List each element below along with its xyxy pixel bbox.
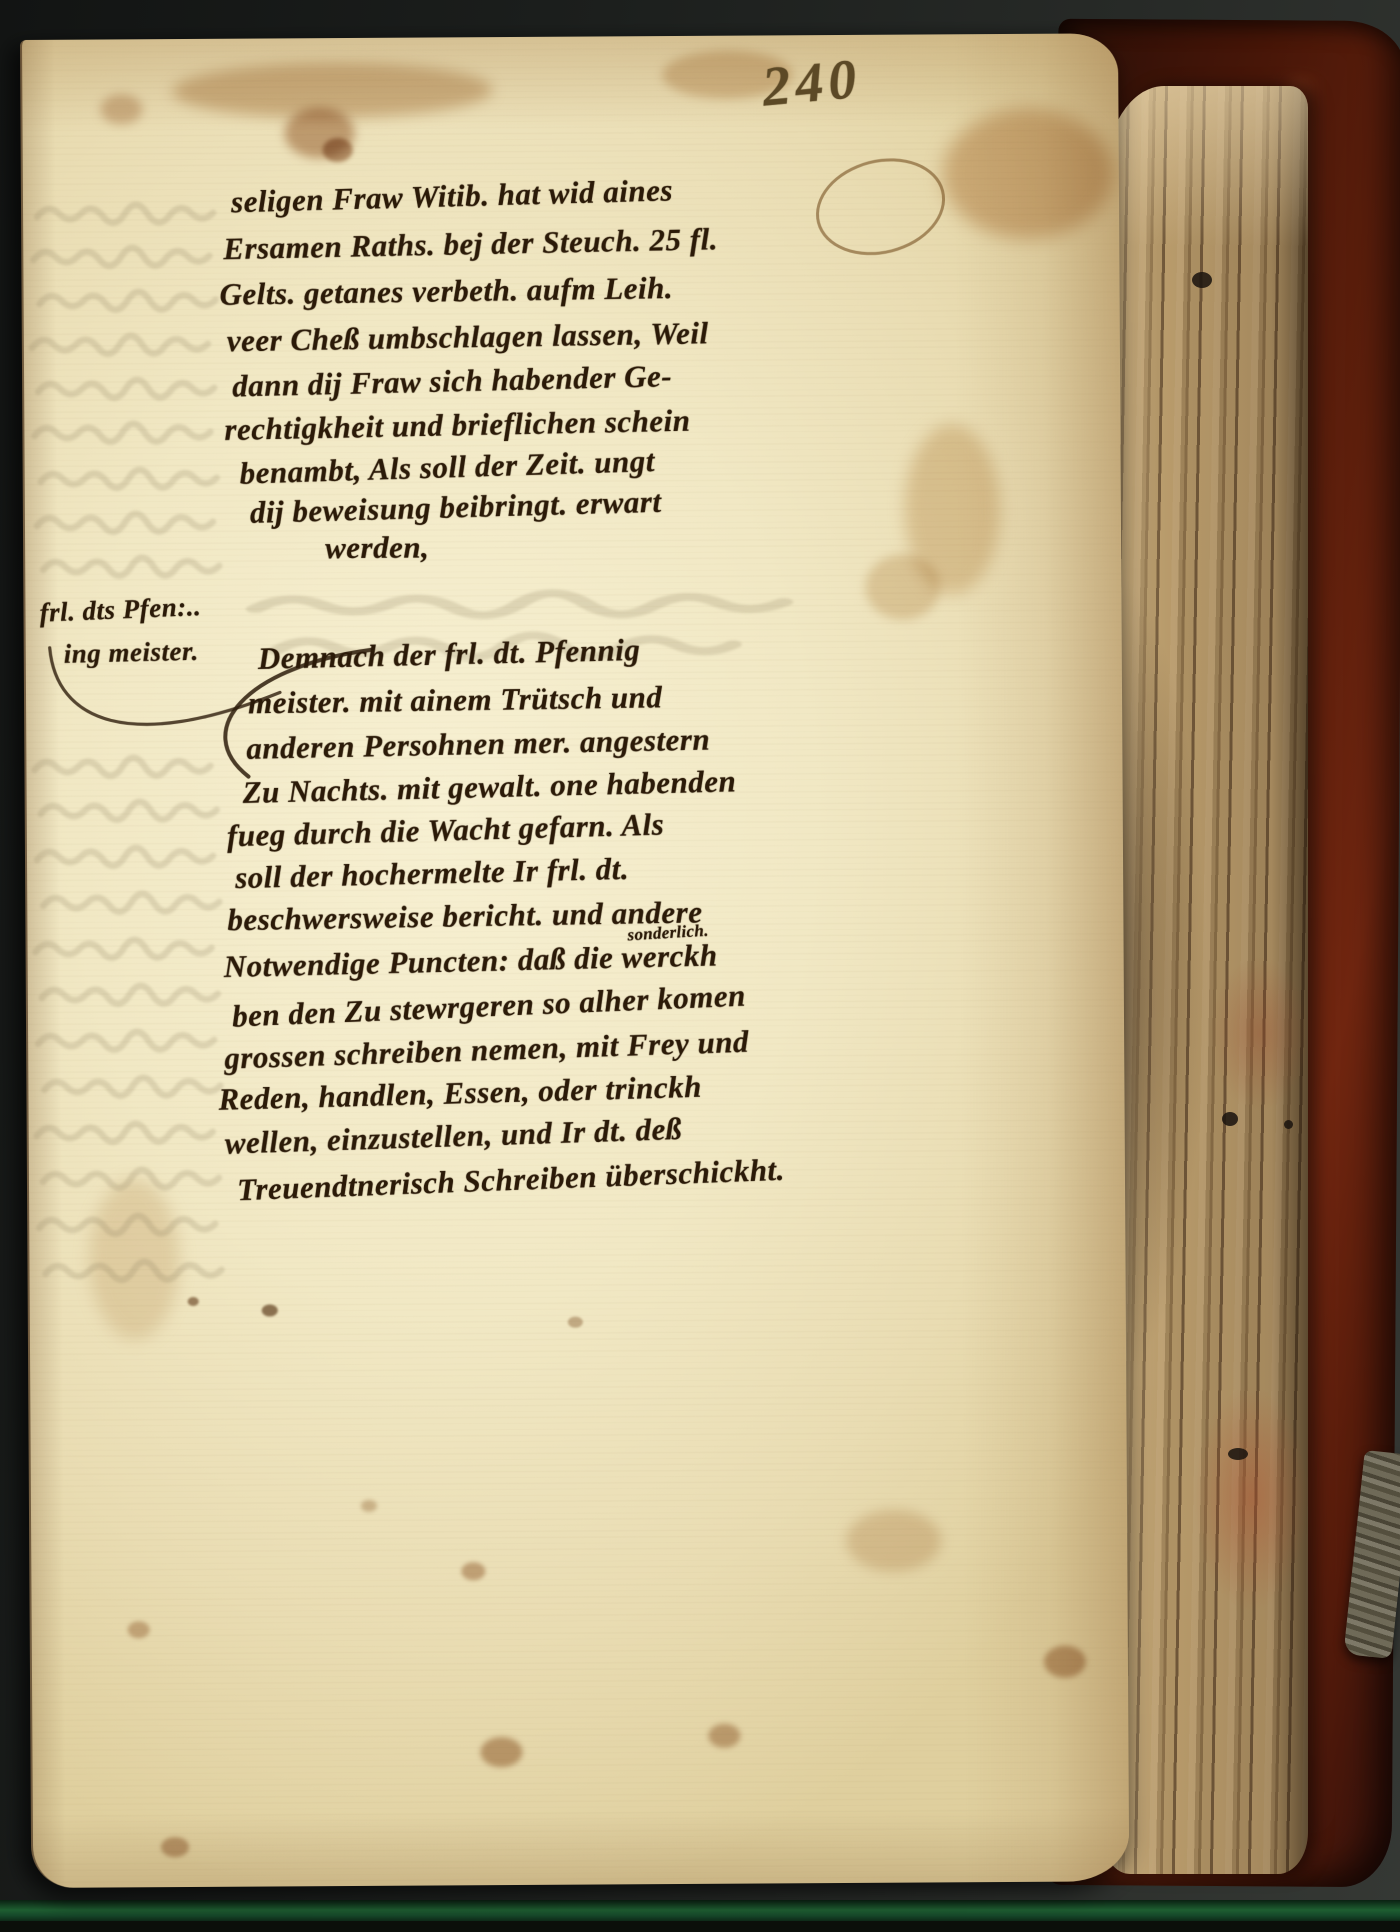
manuscript-line: veer Cheß umbschlagen lassen, Weil bbox=[227, 316, 709, 358]
stain bbox=[361, 1500, 377, 1512]
manuscript-scan: 240 seligen Fraw Witib. hat wid aines Er… bbox=[0, 0, 1400, 1932]
stain bbox=[262, 1304, 278, 1316]
pen-flourish-oval bbox=[805, 145, 955, 269]
ink-speck bbox=[1222, 1112, 1238, 1126]
folio-number: 240 bbox=[760, 51, 864, 116]
stain bbox=[89, 1179, 180, 1340]
stain bbox=[188, 1297, 199, 1306]
book-fore-edge bbox=[1104, 86, 1308, 1874]
margin-note-line: ing meister. bbox=[63, 637, 199, 670]
manuscript-line: Reden, handlen, Essen, oder trinckh bbox=[218, 1070, 702, 1117]
manuscript-line: anderen Persohnen mer. angestern bbox=[246, 723, 710, 766]
manuscript-line: soll der hochermelte Ir frl. dt. bbox=[235, 852, 630, 895]
stain bbox=[1044, 1646, 1086, 1678]
manuscript-line: rechtigkheit und brieflichen schein bbox=[224, 404, 691, 447]
manuscript-line: grossen schreiben nemen, mit Frey und bbox=[224, 1025, 750, 1076]
stain bbox=[942, 108, 1113, 239]
margin-note-line: frl. dts Pfen:.. bbox=[39, 592, 202, 628]
stain bbox=[846, 1509, 941, 1572]
stain bbox=[161, 1837, 189, 1857]
manuscript-line: seligen Fraw Witib. hat wid aines bbox=[231, 173, 674, 219]
manuscript-line: wellen, einzustellen, und Ir dt. deß bbox=[224, 1112, 682, 1161]
stain bbox=[480, 1737, 522, 1767]
stain bbox=[128, 1621, 150, 1638]
manuscript-line: dann dij Fraw sich habender Ge- bbox=[232, 359, 673, 403]
manuscript-line: Gelts. getanes verbeth. aufm Leih. bbox=[219, 271, 673, 312]
table-edge-stripe bbox=[0, 1900, 1400, 1922]
manuscript-line: dij beweisung beibringt. erwart bbox=[249, 485, 661, 530]
stain bbox=[100, 94, 142, 124]
manuscript-line: Zu Nachts. mit gewalt. one habenden bbox=[242, 764, 736, 810]
stain bbox=[568, 1317, 583, 1328]
ink-speck bbox=[1228, 1448, 1248, 1460]
manuscript-page: 240 seligen Fraw Witib. hat wid aines Er… bbox=[20, 33, 1129, 1888]
manuscript-line: Demnach der frl. dt. Pfennig bbox=[257, 633, 640, 676]
manuscript-line: benambt, Als soll der Zeit. ungt bbox=[239, 444, 655, 491]
ink-speck bbox=[1284, 1120, 1293, 1129]
manuscript-line: Ersamen Raths. bej der Steuch. 25 fl. bbox=[223, 222, 718, 266]
stain bbox=[323, 138, 353, 162]
manuscript-line: Notwendige Puncten: daß die werckh bbox=[223, 938, 718, 984]
stain bbox=[708, 1724, 740, 1748]
manuscript-line: fueg durch die Wacht gefarn. Als bbox=[226, 808, 664, 854]
background-floor bbox=[0, 1921, 1400, 1932]
ink-speck bbox=[1192, 272, 1212, 288]
stain bbox=[461, 1562, 485, 1580]
stain bbox=[865, 554, 940, 619]
manuscript-line: Treuendtnerisch Schreiben überschickht. bbox=[237, 1153, 786, 1208]
manuscript-line: meister. mit ainem Trütsch und bbox=[248, 680, 663, 720]
manuscript-line: werden, bbox=[325, 531, 429, 566]
